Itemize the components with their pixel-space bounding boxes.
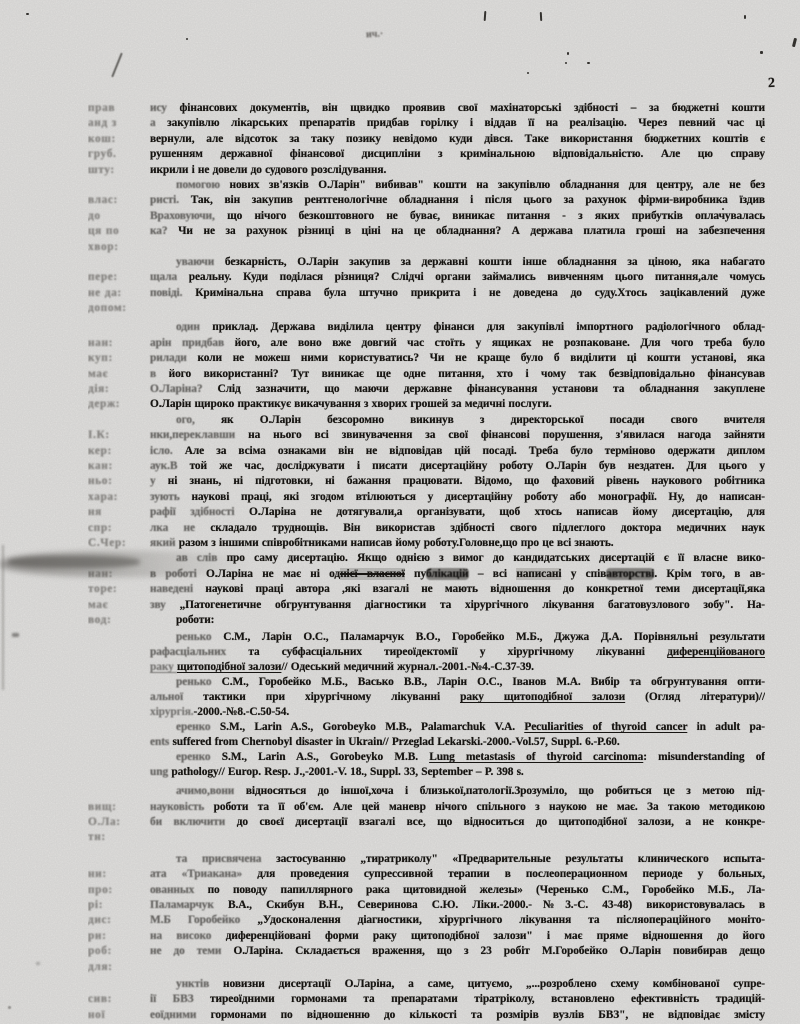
- line-text: аук.В той же час, досліджувати і писати …: [150, 459, 765, 474]
- text-segment: -2000.-№8.-С.50-54.: [194, 706, 290, 718]
- line-text: М.Б Горобейко „Удосконалення діагностики…: [150, 913, 765, 928]
- scanned-document-page: ич.· 2 правису фінансових документів, ві…: [0, 0, 800, 1024]
- text-line: дія:О.Ларіна? Слід зазначити, що маючи д…: [88, 382, 765, 397]
- line-text: повіді. Кримінальна справа була штучно п…: [150, 286, 765, 301]
- line-text: ents suffered from Chernobyl disaster in…: [150, 735, 765, 750]
- text-segment: О.Ларіна не має ні од: [206, 568, 340, 580]
- text-segment: у спів: [561, 568, 606, 580]
- damaged-left-fragment: сив:: [88, 992, 150, 1007]
- text-segment: та субфасціальних тиреоїдектомії у хірур…: [248, 646, 667, 658]
- reference-entry: ренько С.М., Горобейко М.Б., Васько В.В.…: [88, 675, 765, 720]
- damaged-lead-fragment: ачимо,вони: [176, 785, 246, 797]
- line-text: ованных по поводу папиллярного рака щито…: [150, 883, 765, 898]
- text-segment: икрили і не довели до судового розслідув…: [150, 164, 386, 176]
- text-segment: вернули, але відсоток за таку позику нев…: [150, 133, 765, 145]
- text-segment: що нічого безкоштовного не буває, виника…: [227, 210, 765, 222]
- noise-speck: [792, 38, 797, 47]
- text-line: держ:О.Ларін щироко практикує викачуванн…: [88, 397, 765, 412]
- damaged-left-fragment: [88, 320, 150, 335]
- noise-speck: [567, 52, 569, 55]
- damaged-left-fragment: кош:: [88, 132, 150, 147]
- text-line: маєв його використанні? Тут виникає ще о…: [88, 367, 765, 382]
- damaged-lead-fragment: ристі.: [150, 194, 191, 206]
- text-line: рафасціальних та субфасціальних тиреоїде…: [88, 645, 765, 660]
- text-segment: S.M., Larin A.S., Gorobeyko M.B., Palama…: [220, 721, 524, 733]
- damaged-left-fragment: дис:: [88, 913, 150, 928]
- text-line: правису фінансових документів, він щвидк…: [88, 101, 765, 116]
- damaged-left-fragment: анд з: [88, 116, 150, 131]
- damaged-lead-fragment: один: [176, 321, 212, 333]
- text-line: ри:на високо диференційовані форми раку …: [88, 929, 765, 944]
- damaged-lead-fragment: еренко: [176, 751, 222, 763]
- damaged-lead-fragment: би включити: [150, 816, 237, 828]
- text-line: І.К:нки,переклавши на нього всі звинувач…: [88, 428, 765, 443]
- damaged-left-fragment: хара:: [88, 490, 150, 505]
- line-text: ристі. Так, він закупив рентгенологічне …: [150, 193, 765, 208]
- text-segment: (Огляд літератури)//: [625, 691, 765, 703]
- text-segment: В.А., Скибун В.Н., Северинова С.Ю. Ліки.…: [228, 899, 765, 911]
- text-segment: С.М., Ларін О.С., Паламарчук В.О., Гороб…: [223, 631, 765, 643]
- damaged-left-fragment: І.К:: [88, 428, 150, 443]
- paragraph: помогою нових зв'язків О.Ларін" вибивав"…: [88, 178, 765, 255]
- text-segment: тиреоїдними гормонами та препаратами тір…: [210, 993, 765, 1005]
- line-text: в його використанні? Тут виникає ще одне…: [150, 367, 765, 382]
- line-text: икрили і не довели до судового розслідув…: [150, 163, 765, 178]
- text-segment: Чи не за рахунок різниці в ціні на це об…: [178, 225, 765, 237]
- text-segment: Слід зазначити, що маючи державне фінанс…: [218, 383, 766, 395]
- text-segment: „Патогенетичне обгрунтування діагностики…: [180, 599, 765, 611]
- damaged-left-fragment: куп:: [88, 351, 150, 366]
- text-line: спр:лка не складало труднощів. Він викор…: [88, 521, 765, 536]
- damaged-left-fragment: груб.: [88, 147, 150, 162]
- damaged-lead-fragment: ого,: [176, 414, 221, 426]
- text-segment: хірургія.: [150, 706, 194, 718]
- text-segment: до своєї дисертації взагалі все, що відн…: [237, 816, 765, 828]
- reference-entry: ренько С.М., Ларін О.С., Паламарчук В.О.…: [88, 630, 765, 675]
- text-segment: по поводу папиллярного рака щитовидной ж…: [208, 884, 765, 896]
- text-line: ноїеоїдними гормонами по відношенню до к…: [88, 1008, 765, 1023]
- damaged-left-fragment: про:: [88, 883, 150, 898]
- damaged-left-fragment: [88, 705, 150, 720]
- line-text: рафасціальних та субфасціальних тиреоїде…: [150, 645, 765, 660]
- smudged-text: авторстві: [606, 568, 654, 580]
- damaged-left-fragment: роб:: [88, 944, 150, 959]
- line-text: який разом з іншими співробітниками напи…: [150, 536, 765, 551]
- document-text: правису фінансових документів, він щвидк…: [88, 101, 765, 1023]
- damaged-lead-fragment: ісло.: [150, 445, 185, 457]
- text-segment: наукові праці, які згодом втілюються у д…: [191, 491, 765, 503]
- text-line: хвор:: [88, 240, 765, 255]
- line-text: [150, 240, 765, 255]
- text-segment: : misunderstanding of: [643, 751, 765, 763]
- damaged-left-fragment: [88, 720, 150, 735]
- text-segment: його використанні? Тут виникає ще одне п…: [169, 368, 765, 380]
- damaged-left-fragment: шту:: [88, 163, 150, 178]
- damaged-lead-fragment: ису: [150, 102, 180, 114]
- text-segment: фінансових документів, він щвидко прояви…: [180, 102, 765, 114]
- text-segment: новизни дисертації О.Ларіна, а саме, цит…: [223, 978, 765, 990]
- text-line: ачимо,вони відносяться до іншої,хоча і б…: [88, 784, 765, 799]
- text-line: альної тактики при хірургічному лікуванн…: [88, 690, 765, 705]
- text-segment: „Удосконалення діагностики, хірургічного…: [257, 914, 765, 926]
- line-text: еренко S.M., Larin A.S., Gorobeyko M.B. …: [150, 750, 765, 765]
- text-line: пере:щала реальну. Куди поділася різниця…: [88, 270, 765, 285]
- paragraph: один приклад. Держава виділила центру фі…: [88, 320, 765, 412]
- damaged-lead-fragment: рафасціальних: [150, 646, 248, 658]
- line-text: а закупівлю лікарських препаратів придба…: [150, 116, 765, 131]
- damaged-left-fragment: допом:: [88, 301, 150, 316]
- text-segment: відносяться до іншої,хоча і близької,пат…: [246, 785, 765, 797]
- text-line: влас:ристі. Так, він закупив рентгенолог…: [88, 193, 765, 208]
- text-segment: О.Ларін щироко практикує викачування з х…: [150, 398, 552, 410]
- text-segment: Так, він закупив рентгенологічне обладна…: [191, 194, 765, 206]
- damaged-lead-fragment: на високо: [150, 930, 226, 942]
- text-line: дис:М.Б Горобейко „Удосконалення діагнос…: [88, 913, 765, 928]
- damaged-left-fragment: [88, 178, 150, 193]
- damaged-lead-fragment: а: [150, 117, 167, 129]
- damaged-lead-fragment: щала: [150, 271, 189, 283]
- damaged-left-fragment: [88, 413, 150, 428]
- line-text: в роботі О.Ларіна не має ні однієї власн…: [150, 567, 765, 582]
- damaged-lead-fragment: ії БВЗ: [150, 993, 210, 1005]
- damaged-lead-fragment: який: [150, 537, 179, 549]
- damaged-lead-fragment: арін придбав: [150, 337, 235, 349]
- damaged-lead-fragment: ованных: [150, 884, 208, 896]
- damaged-left-fragment: має: [88, 367, 150, 382]
- damaged-left-fragment: [88, 750, 150, 765]
- damaged-left-fragment: О.Ла:: [88, 815, 150, 830]
- damaged-lead-fragment: в роботі: [150, 568, 206, 580]
- paragraph: унктів новизни дисертації О.Ларіна, а са…: [88, 977, 765, 1023]
- line-text: на високо диференційовані форми раку щит…: [150, 929, 765, 944]
- line-text: ung pathology// Europ. Resp. J.,-2001.-V…: [150, 765, 765, 780]
- text-line: кош:вернули, але відсоток за таку позику…: [88, 132, 765, 147]
- text-segment: О.Ларіна. Складається враження, що з 23 …: [233, 945, 765, 957]
- text-segment: закупівлю лікарських препаратів придбав …: [167, 117, 765, 129]
- damaged-left-fragment: не да:: [88, 286, 150, 301]
- damaged-left-fragment: прав: [88, 101, 150, 116]
- damaged-left-fragment: [88, 675, 150, 690]
- line-text: один приклад. Держава виділила центру фі…: [150, 320, 765, 335]
- line-text: еоїдними гормонами по відношенню до кіль…: [150, 1008, 765, 1023]
- text-segment: рушенням державної фінансової дисципліни…: [150, 148, 765, 160]
- damaged-lead-fragment: в: [150, 368, 169, 380]
- line-text: би включити до своєї дисертації взагалі …: [150, 815, 765, 830]
- damaged-lead-fragment: повіді.: [150, 287, 195, 299]
- text-line: нан:арін придбав його, але воно вже довг…: [88, 336, 765, 351]
- text-line: С.Чер:який разом з іншими співробітникам…: [88, 536, 765, 551]
- noise-speck: [8, 1006, 11, 1009]
- text-line: допом:: [88, 301, 765, 316]
- noise-speck: [540, 12, 542, 21]
- text-segment: нових зв'язків О.Ларін" вибивав" кошти н…: [230, 179, 766, 191]
- text-line: уваючи безкарність, О.Ларін закупив за д…: [88, 255, 765, 270]
- text-segment: реальну. Куди поділася різниця? Слідчі о…: [189, 271, 765, 283]
- text-segment: тактики при хірургічному лікуванні: [203, 691, 460, 703]
- text-line: груб.рушенням державної фінансової дисци…: [88, 147, 765, 162]
- damaged-left-fragment: [88, 551, 150, 566]
- damaged-left-fragment: до: [88, 209, 150, 224]
- text-line: шту:икрили і не довели до судового розсл…: [88, 163, 765, 178]
- damaged-lead-fragment: ung: [150, 766, 171, 778]
- underlined-text: щитоподібної залози: [177, 661, 281, 673]
- text-line: торе:наведені наукові праці автора ,які …: [88, 582, 765, 597]
- line-text: ису фінансових документів, він щвидко пр…: [150, 101, 765, 116]
- line-text: еренко S.M., Larin A.S., Gorobeyko M.B.,…: [150, 720, 765, 735]
- text-segment: диференційовані форми раку щитоподібної …: [226, 930, 765, 942]
- damaged-lead-fragment: лка не: [150, 522, 210, 534]
- line-text: ачимо,вони відносяться до іншої,хоча і б…: [150, 784, 765, 799]
- damaged-left-fragment: [88, 784, 150, 799]
- line-text: наведені наукові праці автора ,які взага…: [150, 582, 765, 597]
- line-text: ав слів про саму дисертацію. Якщо однією…: [150, 551, 765, 566]
- text-segment: О.Ларіна не дотягували,а організувати, щ…: [249, 506, 765, 518]
- noise-speck: [587, 62, 590, 64]
- damaged-left-fragment: торе:: [88, 582, 150, 597]
- damaged-left-fragment: кан:: [88, 459, 150, 474]
- smudged-text: блікацій: [426, 568, 469, 580]
- line-text: рушенням державної фінансової дисципліни…: [150, 147, 765, 162]
- damaged-lead-fragment: ents: [150, 736, 172, 748]
- damaged-left-fragment: [88, 660, 150, 675]
- damaged-lead-fragment: рафії здібності: [150, 506, 249, 518]
- damaged-left-fragment: ня: [88, 505, 150, 520]
- damaged-lead-fragment: ка?: [150, 225, 178, 237]
- damaged-left-fragment: [88, 765, 150, 780]
- noise-speck: [26, 13, 29, 15]
- text-line: нан:в роботі О.Ларіна не має ні однієї в…: [88, 567, 765, 582]
- line-text: та присвячена застосуванню „тиратриколу"…: [150, 852, 765, 867]
- text-line: маєзву „Патогенетичне обгрунтування діаг…: [88, 598, 765, 613]
- text-line: хара:зують наукові праці, які згодом вті…: [88, 490, 765, 505]
- text-segment: пу: [405, 568, 426, 580]
- damaged-lead-fragment: зують: [150, 491, 191, 503]
- noise-speck: [565, 62, 567, 64]
- damaged-left-fragment: кер:: [88, 444, 150, 459]
- underlined-text: раку: [150, 661, 177, 673]
- damaged-left-fragment: нан:: [88, 567, 150, 582]
- underlined-text: диференційованого: [667, 646, 765, 658]
- damaged-left-fragment: ної: [88, 1008, 150, 1023]
- text-line: ренько С.М., Горобейко М.Б., Васько В.В.…: [88, 675, 765, 690]
- text-segment: коли не можеш ними користуватись? Чи не …: [197, 352, 765, 364]
- damaged-lead-fragment: альної: [150, 691, 203, 703]
- line-text: рилади коли не можеш ними користуватись?…: [150, 351, 765, 366]
- damaged-left-fragment: хвор:: [88, 240, 150, 255]
- text-segment: безкарність, О.Ларін закупив за державні…: [225, 256, 765, 268]
- text-line: рі:Паламарчук В.А., Скибун В.Н., Северин…: [88, 898, 765, 913]
- damaged-lead-fragment: зву: [150, 599, 180, 611]
- text-line: ого, як О.Ларін безсоромно викинув з дир…: [88, 413, 765, 428]
- noise-speck: [36, 962, 40, 965]
- line-text: вернули, але відсоток за таку позику нев…: [150, 132, 765, 147]
- text-line: О.Ла:би включити до своєї дисертації вза…: [88, 815, 765, 830]
- noise-speck: [186, 38, 188, 40]
- underlined-text: раку щитоподібної залози: [460, 691, 625, 703]
- smudged-text: нієї власної: [340, 568, 405, 580]
- text-segment: in adult pa-: [687, 721, 765, 733]
- line-text: нки,переклавши на нього всі звинувачення…: [150, 428, 765, 443]
- paragraph: уваючи безкарність, О.Ларін закупив за д…: [88, 255, 765, 317]
- damaged-left-fragment: спр:: [88, 521, 150, 536]
- line-text: хірургія.-2000.-№8.-С.50-54.: [150, 705, 765, 720]
- damaged-lead-fragment: аук.В: [150, 460, 190, 472]
- damaged-lead-fragment: ренько: [176, 676, 222, 688]
- text-line: ents suffered from Chernobyl disaster in…: [88, 735, 765, 750]
- text-segment: pathology// Europ. Resp. J.,-2001.-V. 18…: [171, 766, 523, 778]
- text-segment: ні знань, ні підготовки, ні бажання прац…: [168, 475, 765, 487]
- text-line: нярафії здібності О.Ларіна не дотягували…: [88, 505, 765, 520]
- damaged-left-fragment: С.Чер:: [88, 536, 150, 551]
- text-line: унктів новизни дисертації О.Ларіна, а са…: [88, 977, 765, 992]
- line-text: лка не складало труднощів. Він використа…: [150, 521, 765, 536]
- damaged-left-fragment: тн:: [88, 830, 150, 845]
- line-text: ії БВЗ тиреоїдними гормонами та препарат…: [150, 992, 765, 1007]
- line-text: Враховуючи, що нічого безкоштовного не б…: [150, 209, 765, 224]
- text-segment: Кримінальна справа була штучно прикрита …: [195, 287, 765, 299]
- line-text: уваючи безкарність, О.Ларін закупив за д…: [150, 255, 765, 270]
- reference-entry: еренко S.M., Larin A.S., Gorobeyko M.B.,…: [88, 720, 765, 750]
- damaged-lead-fragment: у: [150, 475, 168, 487]
- text-segment: застосуванню „тиратриколу" «Предваритель…: [276, 853, 765, 865]
- damaged-lead-fragment: ав слів: [176, 552, 227, 564]
- damaged-left-fragment: ри:: [88, 929, 150, 944]
- line-text: рафії здібності О.Ларіна не дотягували,а…: [150, 505, 765, 520]
- text-segment: suffered from Chernobyl disaster in Ukra…: [172, 736, 619, 748]
- line-text: О.Ларін щироко практикує викачування з х…: [150, 397, 765, 412]
- text-segment: // Одеський медичний журнал.-2001.-№4.-С…: [281, 661, 534, 673]
- line-text: [150, 960, 765, 975]
- damaged-left-fragment: влас:: [88, 193, 150, 208]
- line-text: арін придбав його, але воно вже довгий ч…: [150, 336, 765, 351]
- text-line: кер:ісло. Але за всіма ознаками він не в…: [88, 444, 765, 459]
- scan-edge-line: [2, 545, 4, 690]
- text-line: про:ованных по поводу папиллярного рака …: [88, 883, 765, 898]
- damaged-lead-fragment: ренько: [176, 631, 223, 643]
- text-line: кан:аук.В той же час, досліджувати і пис…: [88, 459, 765, 474]
- reference-entry: еренко S.M., Larin A.S., Gorobeyko M.B. …: [88, 750, 765, 780]
- text-segment: як О.Ларін безсоромно викинув з директор…: [221, 414, 765, 426]
- damaged-left-fragment: ни:: [88, 867, 150, 882]
- text-line: вищ:науковість роботи та її об'єм. Але ц…: [88, 800, 765, 815]
- text-line: хірургія.-2000.-№8.-С.50-54.: [88, 705, 765, 720]
- noise-speck: [111, 53, 123, 78]
- damaged-lead-fragment: наведені: [150, 583, 205, 595]
- damaged-lead-fragment: Враховуючи,: [150, 210, 227, 222]
- damaged-left-fragment: нан:: [88, 336, 150, 351]
- text-segment: разом з іншими співробітниками написав й…: [179, 537, 614, 549]
- text-line: ньо:у ні знань, ні підготовки, ні бажанн…: [88, 474, 765, 489]
- text-line: вод:роботи:: [88, 613, 765, 628]
- line-text: ісло. Але за всіма ознаками він не відпо…: [150, 444, 765, 459]
- paragraph: ачимо,вони відносяться до іншої,хоча і б…: [88, 784, 765, 846]
- damaged-left-fragment: вод:: [88, 613, 150, 628]
- text-segment: – всі: [469, 568, 517, 580]
- text-line: раку щитоподібної залози// Одеський меди…: [88, 660, 765, 675]
- damaged-lead-fragment: нки,переклавши: [150, 429, 248, 441]
- damaged-lead-fragment: не до теми: [150, 945, 233, 957]
- damaged-lead-fragment: ата «Триакана»: [150, 868, 257, 880]
- damaged-lead-fragment: О.Ларіна?: [150, 383, 218, 395]
- text-line: та присвячена застосуванню „тиратриколу"…: [88, 852, 765, 867]
- text-line: сив:ії БВЗ тиреоїдними гормонами та преп…: [88, 992, 765, 1007]
- damaged-lead-fragment: Паламарчук: [150, 899, 228, 911]
- paragraph: та присвячена застосуванню „тиратриколу"…: [88, 852, 765, 975]
- text-line: еренко S.M., Larin A.S., Gorobeyko M.B.,…: [88, 720, 765, 735]
- damaged-left-fragment: [88, 735, 150, 750]
- text-line: доВраховуючи, що нічого безкоштовного не…: [88, 209, 765, 224]
- damaged-left-fragment: [88, 690, 150, 705]
- damaged-lead-fragment: та присвячена: [176, 853, 276, 865]
- text-line: куп:рилади коли не можеш ними користуват…: [88, 351, 765, 366]
- text-segment: складало труднощів. Він використав здібн…: [210, 522, 765, 534]
- damaged-lead-fragment: уваючи: [176, 256, 225, 268]
- damaged-lead-fragment: еоїдними: [150, 1009, 211, 1021]
- paragraph: правису фінансових документів, він щвидк…: [88, 101, 765, 178]
- underlined-text: Lung metastasis of thyroid carcinoma: [429, 751, 643, 763]
- line-text: альної тактики при хірургічному лікуванн…: [150, 690, 765, 705]
- damaged-left-fragment: дія:: [88, 382, 150, 397]
- noise-speck: [760, 51, 763, 54]
- damaged-left-fragment: [88, 977, 150, 992]
- damaged-left-fragment: держ:: [88, 397, 150, 412]
- damaged-left-fragment: ця по: [88, 224, 150, 239]
- damaged-left-fragment: для:: [88, 960, 150, 975]
- paragraph: ого, як О.Ларін безсоромно викинув з дир…: [88, 413, 765, 552]
- text-segment: Але за всіма ознаками він не відповідав …: [185, 445, 765, 457]
- text-segment: наукові праці автора ,які взагалі не маю…: [205, 583, 765, 595]
- page-number: 2: [768, 76, 776, 92]
- damaged-left-fragment: ньо:: [88, 474, 150, 489]
- damaged-left-fragment: [88, 630, 150, 645]
- text-segment: роботи та її об'єм. Але цей маневр нічог…: [214, 801, 765, 813]
- line-text: ренько С.М., Ларін О.С., Паламарчук В.О.…: [150, 630, 765, 645]
- damaged-lead-fragment: М.Б Горобейко: [150, 914, 257, 926]
- text-line: тн:: [88, 830, 765, 845]
- noise-speck: [12, 633, 19, 637]
- line-text: роботи:: [150, 613, 765, 628]
- line-text: зують наукові праці, які згодом втілюють…: [150, 490, 765, 505]
- text-segment: про саму дисертацію. Якщо однією з вимог…: [227, 552, 765, 564]
- line-text: помогою нових зв'язків О.Ларін" вибивав"…: [150, 178, 765, 193]
- text-line: ни:ата «Триакана» для проведения супресс…: [88, 867, 765, 882]
- line-text: О.Ларіна? Слід зазначити, що маючи держа…: [150, 382, 765, 397]
- noise-speck: [527, 72, 529, 74]
- text-line: еренко S.M., Larin A.S., Gorobeyko M.B. …: [88, 750, 765, 765]
- underlined-text: Peculiarities of thyroid cancer: [524, 721, 687, 733]
- line-text: Паламарчук В.А., Скибун В.Н., Северинова…: [150, 898, 765, 913]
- text-segment: гормонами по відношенню до кількості та …: [211, 1009, 765, 1021]
- text-line: ця пока? Чи не за рахунок різниці в ціні…: [88, 224, 765, 239]
- text-segment: на нього всі звинувачення за свої фінанс…: [248, 429, 765, 441]
- damaged-left-fragment: вищ:: [88, 800, 150, 815]
- smudged-text: написані: [516, 568, 561, 580]
- text-segment: для проведения супрессивной терапии в по…: [257, 868, 765, 880]
- text-line: для:: [88, 960, 765, 975]
- text-segment: С.М., Горобейко М.Б., Васько В.В., Ларін…: [222, 676, 765, 688]
- line-text: не до теми О.Ларіна. Складається враженн…: [150, 944, 765, 959]
- damaged-left-fragment: [88, 255, 150, 270]
- line-text: ка? Чи не за рахунок різниці в ціні на ц…: [150, 224, 765, 239]
- line-text: ата «Триакана» для проведения супрессивн…: [150, 867, 765, 882]
- text-line: ав слів про саму дисертацію. Якщо однією…: [88, 551, 765, 566]
- damaged-lead-fragment: унктів: [176, 978, 223, 990]
- text-line: роб:не до теми О.Ларіна. Складається вра…: [88, 944, 765, 959]
- damaged-lead-fragment: еренко: [176, 721, 220, 733]
- line-text: [150, 830, 765, 845]
- text-line: анд за закупівлю лікарських препаратів п…: [88, 116, 765, 131]
- paragraph: ав слів про саму дисертацію. Якщо однією…: [88, 551, 765, 628]
